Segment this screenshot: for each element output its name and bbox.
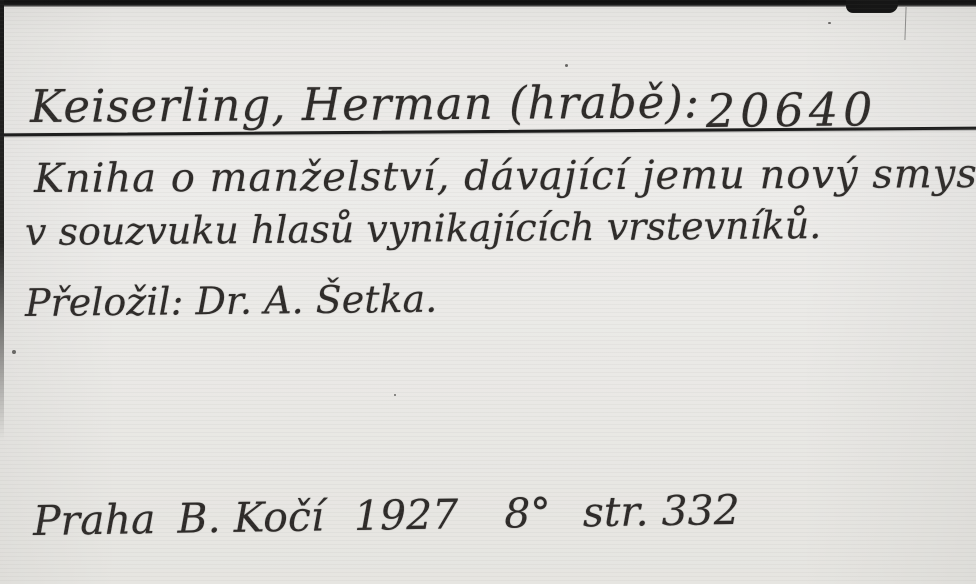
- ink-speck: [12, 350, 16, 354]
- catalog-card-scan: Keiserling, Herman (hrabě): 20640 Kniha …: [0, 0, 976, 584]
- ink-speck: [828, 22, 831, 24]
- scan-hairline-artifact: [904, 7, 906, 40]
- ink-speck: [565, 64, 568, 67]
- title-line-1: Kniha o manželství, dávající jemu nový s…: [34, 151, 976, 202]
- translator-note: Přeložil: Dr. A. Šetka.: [25, 277, 438, 325]
- scan-top-edge: [0, 0, 976, 7]
- imprint-place: Praha: [33, 495, 156, 545]
- imprint-year: 1927: [354, 490, 459, 540]
- scan-left-edge: [0, 0, 4, 440]
- imprint-publisher: B. Kočí: [177, 492, 324, 542]
- imprint-line: Praha B. Kočí 1927 8° str. 332: [33, 486, 741, 545]
- title-line-2: v souzvuku hlasů vynikajících vrstevníků…: [25, 203, 822, 254]
- author-heading: Keiserling, Herman (hrabě):: [30, 75, 700, 133]
- ink-speck: [394, 394, 396, 396]
- imprint-pages: str. 332: [582, 486, 740, 536]
- scan-edge-artifact: [846, 0, 898, 13]
- imprint-format: 8°: [504, 489, 551, 538]
